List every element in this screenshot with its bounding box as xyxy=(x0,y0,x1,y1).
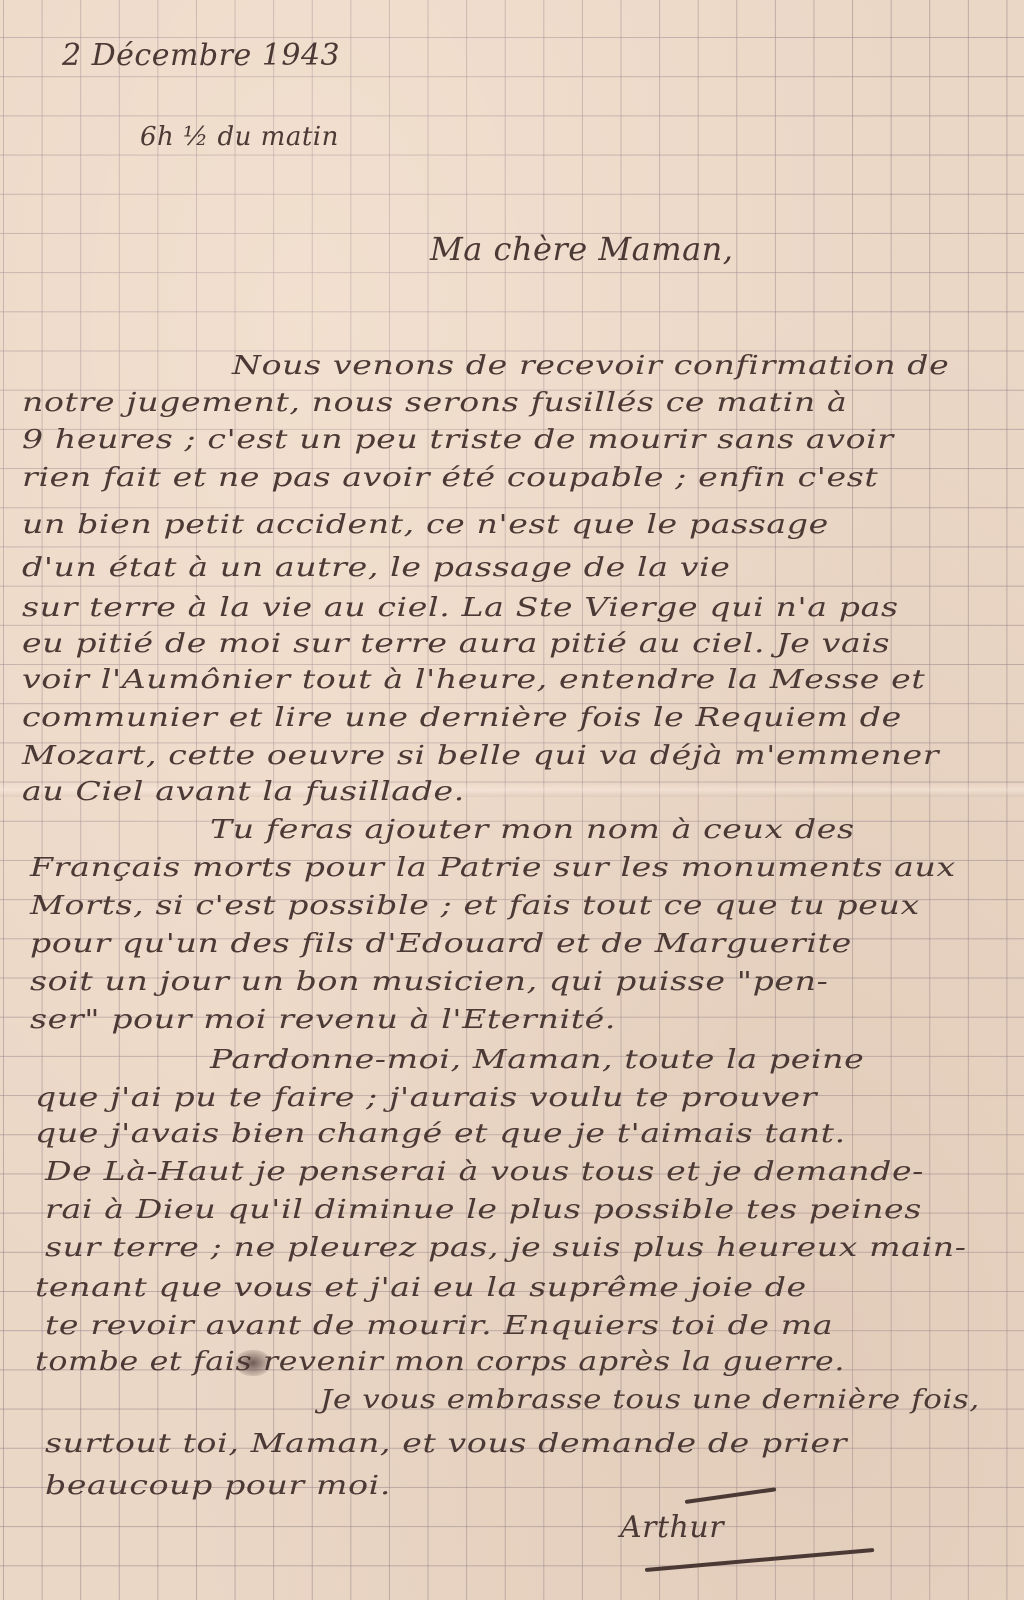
body-line: De Là-Haut je penserai à vous tous et je… xyxy=(45,1156,924,1187)
body-line: Pardonne-moi, Maman, toute la peine xyxy=(210,1044,864,1075)
body-line: pour qu'un des fils d'Edouard et de Marg… xyxy=(30,928,852,959)
body-line: eu pitié de moi sur terre aura pitié au … xyxy=(22,628,890,659)
body-line: soit un jour un bon musicien, qui puisse… xyxy=(30,966,828,997)
signature: Arthur xyxy=(620,1510,724,1545)
ink-smudge xyxy=(236,1350,270,1376)
body-line: tenant que vous et j'ai eu la suprême jo… xyxy=(35,1272,807,1303)
body-line: Mozart, cette oeuvre si belle qui va déj… xyxy=(22,740,939,771)
letter-date: 2 Décembre 1943 xyxy=(62,38,340,73)
body-line: d'un état à un autre, le passage de la v… xyxy=(22,552,731,583)
body-line: communier et lire une dernière fois le R… xyxy=(22,702,902,733)
body-line: Je vous embrasse tous une dernière fois, xyxy=(320,1384,980,1415)
body-line: un bien petit accident, ce n'est que le … xyxy=(22,509,829,540)
body-line: que j'avais bien changé et que je t'aima… xyxy=(35,1118,846,1149)
body-line: Morts, si c'est possible ; et fais tout … xyxy=(30,890,920,921)
body-line: beaucoup pour moi. xyxy=(45,1470,391,1501)
body-line: 9 heures ; c'est un peu triste de mourir… xyxy=(22,424,894,455)
body-line: notre jugement, nous serons fusillés ce … xyxy=(22,387,847,418)
letter-time: 6h ½ du matin xyxy=(140,122,339,152)
body-line: au Ciel avant la fusillade. xyxy=(22,776,465,807)
body-line: surtout toi, Maman, et vous demande de p… xyxy=(45,1428,847,1459)
letter-salutation: Ma chère Maman, xyxy=(430,230,733,268)
body-line: sur terre ; ne pleurez pas, je suis plus… xyxy=(45,1232,967,1263)
body-line: Tu feras ajouter mon nom à ceux des xyxy=(210,814,855,845)
body-line: tombe et fais revenir mon corps après la… xyxy=(35,1346,845,1377)
body-line: sur terre à la vie au ciel. La Ste Vierg… xyxy=(22,592,899,623)
body-line: Nous venons de recevoir confirmation de xyxy=(232,350,949,381)
body-line: Français morts pour la Patrie sur les mo… xyxy=(30,852,956,883)
body-line: te revoir avant de mourir. Enquiers toi … xyxy=(45,1310,833,1341)
body-line: voir l'Aumônier tout à l'heure, entendre… xyxy=(22,664,925,695)
body-line: ser" pour moi revenu à l'Eternité. xyxy=(30,1004,616,1035)
body-line: que j'ai pu te faire ; j'aurais voulu te… xyxy=(35,1082,817,1113)
body-line: rien fait et ne pas avoir été coupable ;… xyxy=(22,462,878,493)
body-line: rai à Dieu qu'il diminue le plus possibl… xyxy=(45,1194,922,1225)
